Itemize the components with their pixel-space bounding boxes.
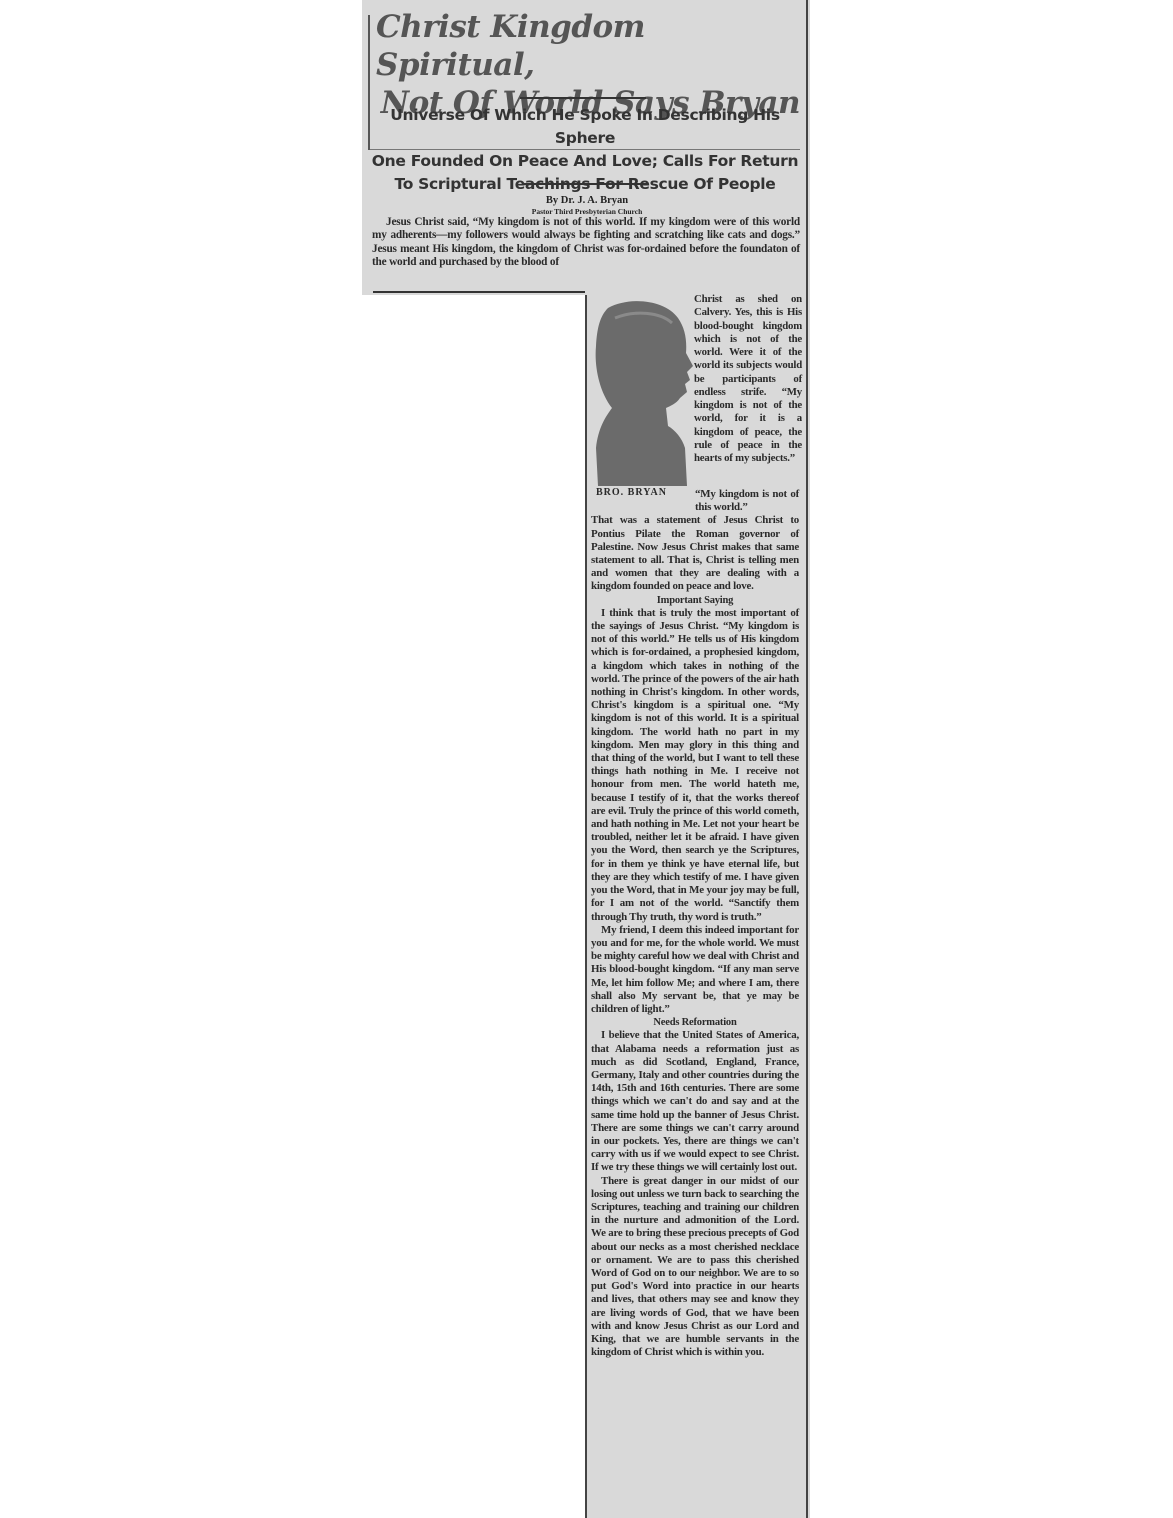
deck-underline (370, 149, 800, 150)
byline-title: Pastor Third Presbyterian Church (372, 207, 802, 216)
subheading-important-saying: Important Saying (591, 594, 799, 607)
body-paragraph: My friend, I deem this indeed important … (591, 924, 799, 1016)
wrap-text: Christ as shed on Calvery. Yes, this is … (694, 293, 802, 465)
body-paragraph: I think that is truly the most important… (591, 607, 799, 924)
body-paragraph: There is great danger in our midst of ou… (591, 1175, 799, 1360)
body-paragraph: That was a statement of Jesus Christ to … (591, 514, 799, 593)
deck-line-1: Universe Of Which He Spoke In Describing… (370, 104, 800, 150)
column-left-border-rule (585, 295, 587, 1518)
lead-paragraph: Jesus Christ said, “My kingdom is not of… (372, 216, 800, 270)
portrait-photo (590, 298, 695, 486)
body-paragraph-quote: “My kingdom is not of this world.” (591, 488, 799, 514)
headline-line-1: Christ Kingdom Spiritual, (372, 8, 802, 84)
headline-divider (520, 97, 646, 99)
deck-line-2: One Founded On Peace And Love; Calls For… (370, 150, 800, 173)
subheading-needs-reformation: Needs Reformation (591, 1016, 799, 1029)
right-border-rule (806, 0, 808, 1518)
byline: By Dr. J. A. Bryan (372, 195, 802, 207)
body-paragraph: I believe that the United States of Amer… (591, 1029, 799, 1174)
deck-divider (522, 183, 648, 185)
lead-divider (373, 291, 585, 293)
wrap-paragraph: Christ as shed on Calvery. Yes, this is … (694, 293, 802, 465)
lead-text: Jesus Christ said, “My kingdom is not of… (372, 216, 800, 270)
portrait-silhouette-icon (596, 301, 693, 486)
article-body: “My kingdom is not of this world.” That … (591, 488, 799, 1359)
